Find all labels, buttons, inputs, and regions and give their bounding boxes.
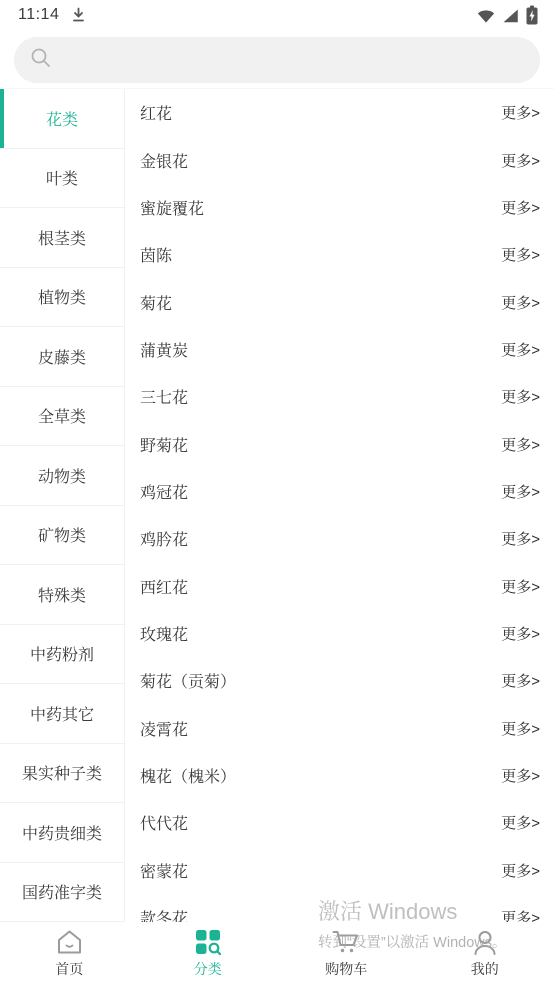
nav-me[interactable]: 我的 xyxy=(416,922,554,984)
sidebar-item-zhongyaofenji[interactable]: 中药粉剂 xyxy=(0,625,124,685)
sidebar-item-label: 根茎类 xyxy=(38,226,86,249)
sidebar-item-label: 特殊类 xyxy=(38,583,86,606)
list-item[interactable]: 鸡肣花更多> xyxy=(125,515,554,562)
list-item[interactable]: 菊花更多> xyxy=(125,278,554,325)
nav-label: 购物车 xyxy=(325,959,367,979)
item-list: 红花更多> 金银花更多> 蜜旋覆花更多> 茵陈更多> 菊花更多> 蒲黄炭更多> … xyxy=(125,89,554,922)
sidebar-item-label: 国药准字类 xyxy=(22,880,102,903)
sidebar-item-label: 叶类 xyxy=(46,166,78,189)
sidebar-item-quancaolei[interactable]: 全草类 xyxy=(0,387,124,447)
nav-label: 分类 xyxy=(194,959,222,979)
list-item[interactable]: 蒲黄炭更多> xyxy=(125,326,554,373)
more-link[interactable]: 更多> xyxy=(501,102,540,123)
item-name: 槐花（槐米） xyxy=(140,764,236,787)
cart-icon xyxy=(332,928,360,956)
more-link[interactable]: 更多> xyxy=(501,150,540,171)
search-input[interactable] xyxy=(62,52,524,69)
more-link[interactable]: 更多> xyxy=(501,197,540,218)
more-link[interactable]: 更多> xyxy=(501,765,540,786)
download-icon xyxy=(71,7,86,23)
sidebar-item-yelei[interactable]: 叶类 xyxy=(0,149,124,209)
list-item[interactable]: 款冬花更多> xyxy=(125,894,554,922)
more-link[interactable]: 更多> xyxy=(501,339,540,360)
nav-label: 我的 xyxy=(471,959,499,979)
list-item[interactable]: 菊花（贡菊）更多> xyxy=(125,657,554,704)
status-bar: 11:14 xyxy=(0,0,554,30)
item-name: 金银花 xyxy=(140,149,188,172)
status-time: 11:14 xyxy=(18,6,59,24)
list-item[interactable]: 代代花更多> xyxy=(125,799,554,846)
sidebar-item-zhongyaoqita[interactable]: 中药其它 xyxy=(0,684,124,744)
list-item[interactable]: 鸡冠花更多> xyxy=(125,468,554,515)
list-item[interactable]: 野菊花更多> xyxy=(125,420,554,467)
more-link[interactable]: 更多> xyxy=(501,528,540,549)
sidebar-item-label: 植物类 xyxy=(38,285,86,308)
list-item[interactable]: 蜜旋覆花更多> xyxy=(125,184,554,231)
list-item[interactable]: 金银花更多> xyxy=(125,136,554,183)
battery-charging-icon xyxy=(526,5,538,25)
list-item[interactable]: 西红花更多> xyxy=(125,562,554,609)
list-item[interactable]: 三七花更多> xyxy=(125,373,554,420)
sidebar-item-zhongyaoguixilei[interactable]: 中药贵细类 xyxy=(0,803,124,863)
sidebar-item-label: 动物类 xyxy=(38,464,86,487)
main-area: 花类 叶类 根茎类 植物类 皮藤类 全草类 动物类 矿物类 特殊类 中药粉剂 中… xyxy=(0,88,554,922)
sidebar-item-huelei[interactable]: 花类 xyxy=(0,89,124,149)
item-name: 款冬花 xyxy=(140,906,188,922)
item-name: 代代花 xyxy=(140,811,188,834)
list-item[interactable]: 槐花（槐米）更多> xyxy=(125,752,554,799)
item-name: 玫瑰花 xyxy=(140,622,188,645)
sidebar-item-label: 花类 xyxy=(46,107,78,130)
list-item[interactable]: 茵陈更多> xyxy=(125,231,554,278)
nav-home[interactable]: 首页 xyxy=(0,922,139,984)
more-link[interactable]: 更多> xyxy=(501,386,540,407)
more-link[interactable]: 更多> xyxy=(501,623,540,644)
category-sidebar: 花类 叶类 根茎类 植物类 皮藤类 全草类 动物类 矿物类 特殊类 中药粉剂 中… xyxy=(0,89,125,922)
item-name: 菊花 xyxy=(140,291,172,314)
item-name: 西红花 xyxy=(140,575,188,598)
person-icon xyxy=(472,928,498,956)
more-link[interactable]: 更多> xyxy=(501,292,540,313)
list-item[interactable]: 红花更多> xyxy=(125,89,554,136)
sidebar-item-label: 矿物类 xyxy=(38,523,86,546)
more-link[interactable]: 更多> xyxy=(501,812,540,833)
more-link[interactable]: 更多> xyxy=(501,576,540,597)
nav-cart[interactable]: 购物车 xyxy=(277,922,416,984)
list-item[interactable]: 密蒙花更多> xyxy=(125,847,554,894)
more-link[interactable]: 更多> xyxy=(501,860,540,881)
sidebar-item-label: 全草类 xyxy=(38,404,86,427)
item-name: 鸡冠花 xyxy=(140,480,188,503)
sidebar-item-genjinglei[interactable]: 根茎类 xyxy=(0,208,124,268)
more-link[interactable]: 更多> xyxy=(501,718,540,739)
item-name: 三七花 xyxy=(140,385,188,408)
more-link[interactable]: 更多> xyxy=(501,481,540,502)
item-name: 茵陈 xyxy=(140,243,172,266)
nav-category[interactable]: 分类 xyxy=(139,922,278,984)
sidebar-item-dongwulei[interactable]: 动物类 xyxy=(0,446,124,506)
item-name: 蜜旋覆花 xyxy=(140,196,204,219)
item-name: 菊花（贡菊） xyxy=(140,669,236,692)
sidebar-item-teshulei[interactable]: 特殊类 xyxy=(0,565,124,625)
search-icon xyxy=(30,47,52,74)
sidebar-item-guoyaozhunzilei[interactable]: 国药准字类 xyxy=(0,863,124,923)
wifi-icon xyxy=(476,7,496,24)
sidebar-item-kuangwulei[interactable]: 矿物类 xyxy=(0,506,124,566)
item-name: 蒲黄炭 xyxy=(140,338,188,361)
list-item[interactable]: 玫瑰花更多> xyxy=(125,610,554,657)
item-name: 红花 xyxy=(140,101,172,124)
item-name: 凌霄花 xyxy=(140,717,188,740)
more-link[interactable]: 更多> xyxy=(501,434,540,455)
home-icon xyxy=(56,928,83,956)
sidebar-item-label: 果实种子类 xyxy=(22,761,102,784)
category-grid-search-icon xyxy=(195,928,221,956)
sidebar-item-label: 皮藤类 xyxy=(38,345,86,368)
nav-label: 首页 xyxy=(55,959,83,979)
item-name: 鸡肣花 xyxy=(140,527,188,550)
sidebar-item-label: 中药贵细类 xyxy=(22,821,102,844)
item-name: 密蒙花 xyxy=(140,859,188,882)
sidebar-item-label: 中药粉剂 xyxy=(30,642,94,665)
sidebar-item-zhiwulei[interactable]: 植物类 xyxy=(0,268,124,328)
search-bar-container xyxy=(0,30,554,88)
search-bar[interactable] xyxy=(14,37,540,83)
bottom-nav: 首页 分类 购物车 xyxy=(0,922,554,984)
signal-icon xyxy=(502,7,520,24)
item-name: 野菊花 xyxy=(140,433,188,456)
sidebar-item-label: 中药其它 xyxy=(30,702,94,725)
sidebar-item-pitenglei[interactable]: 皮藤类 xyxy=(0,327,124,387)
more-link[interactable]: 更多> xyxy=(501,907,540,922)
more-link[interactable]: 更多> xyxy=(501,670,540,691)
list-item[interactable]: 凌霄花更多> xyxy=(125,704,554,751)
sidebar-item-guoshizhongzilei[interactable]: 果实种子类 xyxy=(0,744,124,804)
more-link[interactable]: 更多> xyxy=(501,244,540,265)
